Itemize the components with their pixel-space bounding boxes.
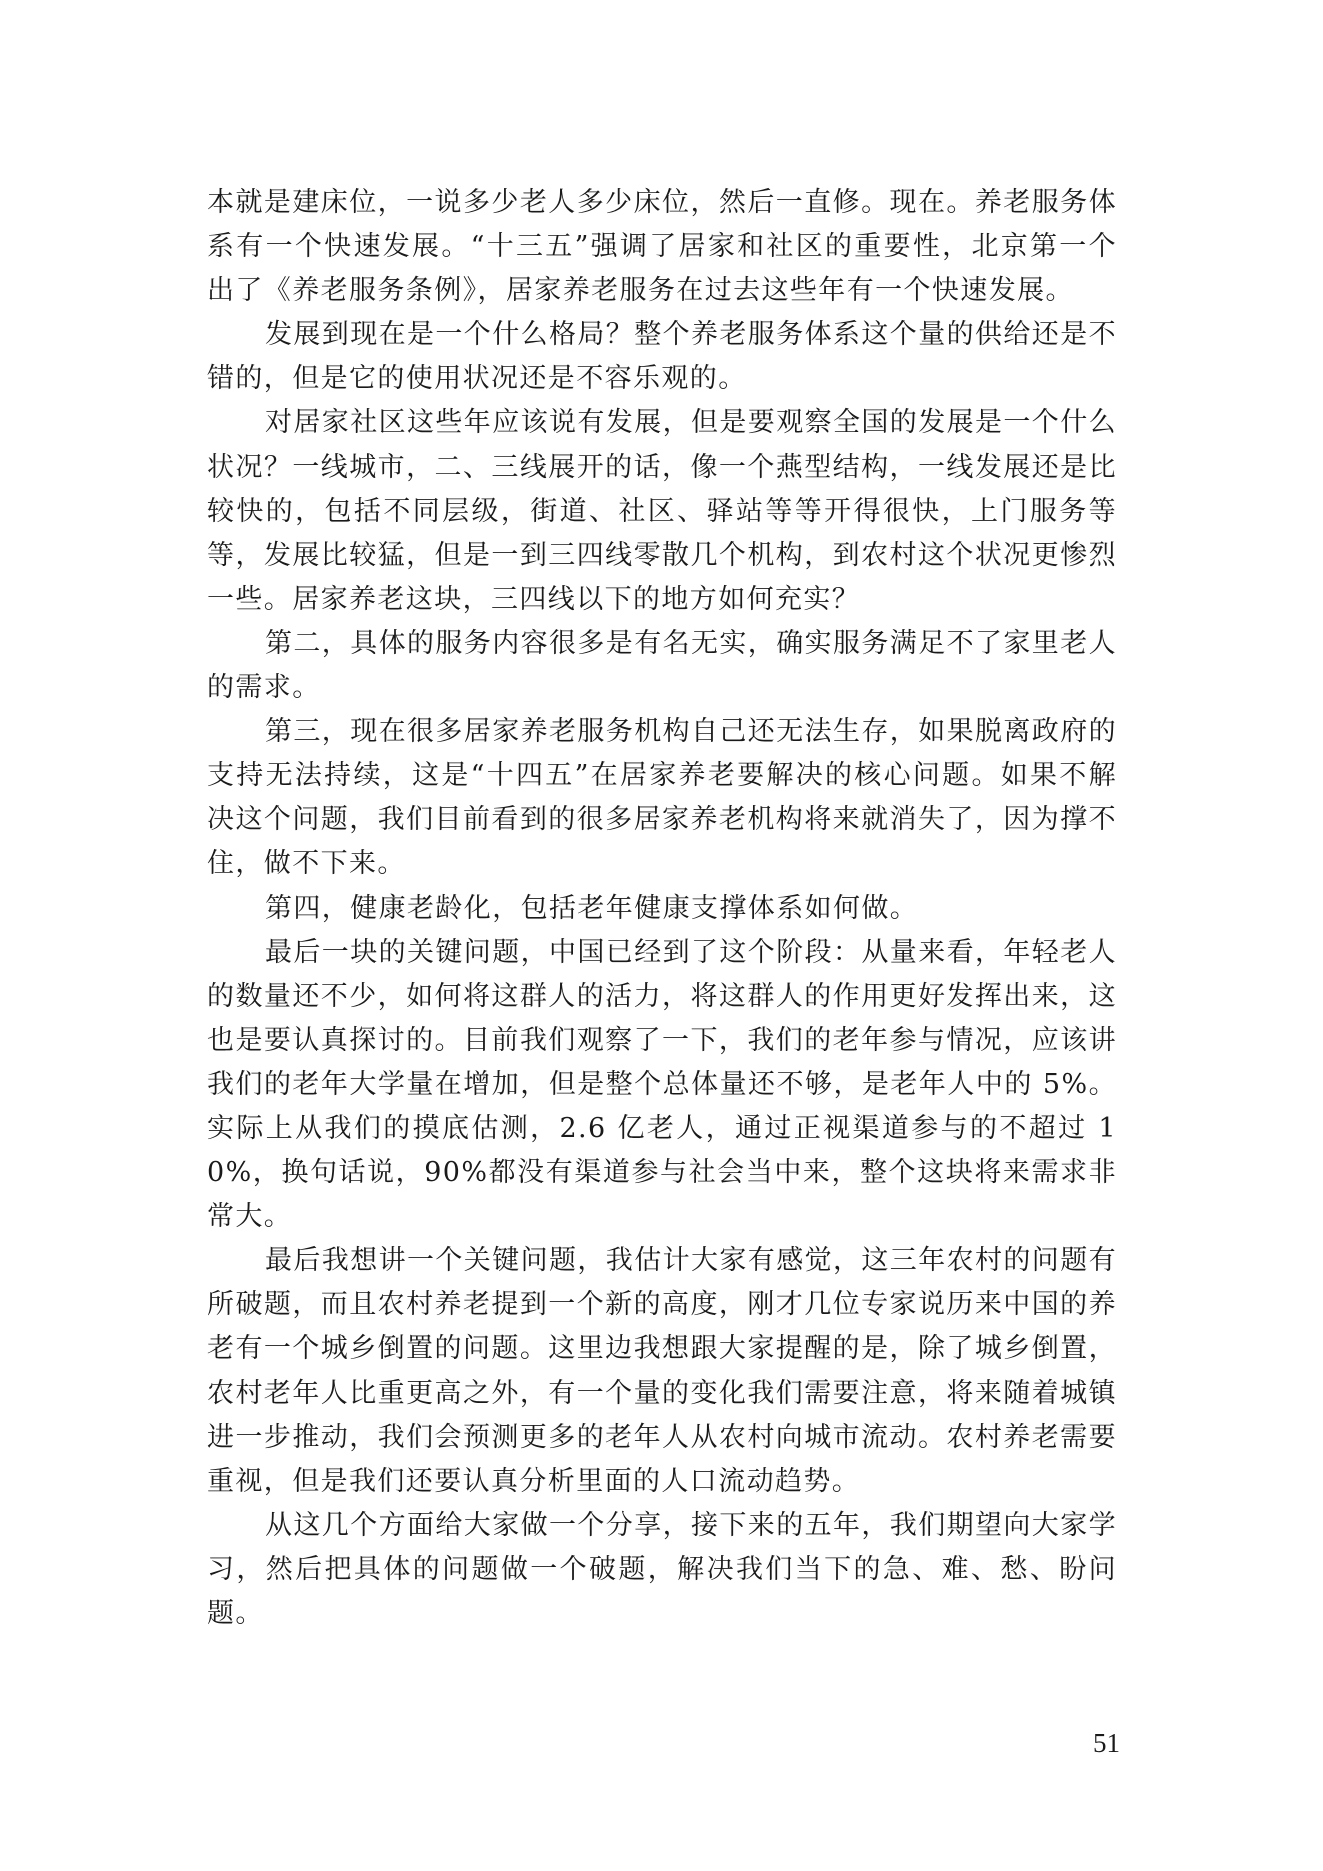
paragraph-9: 从这几个方面给大家做一个分享，接下来的五年，我们期望向大家学习，然后把具体的问题… [207, 1504, 1117, 1636]
paragraph-1: 本就是建床位，一说多少老人多少床位，然后一直修。现在。养老服务体系有一个快速发展… [207, 181, 1117, 313]
page-body: 本就是建床位，一说多少老人多少床位，然后一直修。现在。养老服务体系有一个快速发展… [207, 181, 1117, 1636]
paragraph-7: 最后一块的关键问题，中国已经到了这个阶段：从量来看，年轻老人的数量还不少，如何将… [207, 931, 1117, 1240]
paragraph-2: 发展到现在是一个什么格局？整个养老服务体系这个量的供给还是不错的，但是它的使用状… [207, 313, 1117, 401]
page-number: 51 [1093, 1728, 1120, 1759]
paragraph-8: 最后我想讲一个关键问题，我估计大家有感觉，这三年农村的问题有所破题，而且农村养老… [207, 1239, 1117, 1504]
paragraph-3: 对居家社区这些年应该说有发展，但是要观察全国的发展是一个什么状况？一线城市，二、… [207, 401, 1117, 621]
paragraph-5: 第三，现在很多居家养老服务机构自己还无法生存，如果脱离政府的支持无法持续，这是“… [207, 710, 1117, 886]
paragraph-4: 第二，具体的服务内容很多是有名无实，确实服务满足不了家里老人的需求。 [207, 622, 1117, 710]
paragraph-6: 第四，健康老龄化，包括老年健康支撑体系如何做。 [207, 887, 1117, 931]
